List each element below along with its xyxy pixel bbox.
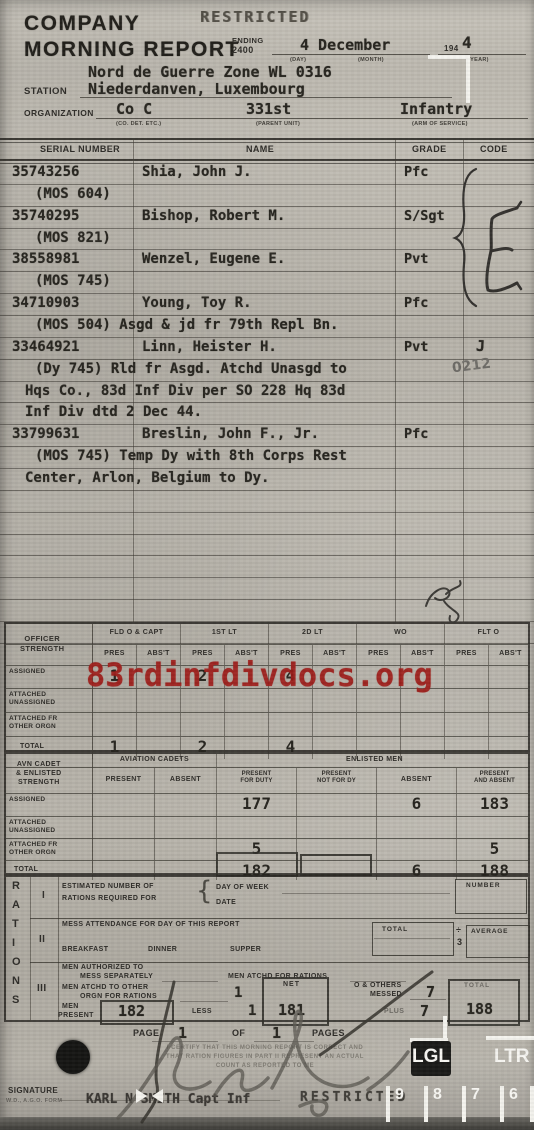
station-line2: Niederdanven, Luxembourg <box>88 80 305 98</box>
ltr-mark-line <box>486 1036 534 1040</box>
roster-row: (MOS 604) <box>0 185 534 207</box>
scale-ltr-label: LTR <box>494 1046 530 1068</box>
rations-letter: N <box>12 975 20 987</box>
roster-row: 33464921Linn, Heister H.PvtJ <box>0 338 534 360</box>
org-arm-sublabel: (ARM OF SERVICE) <box>412 121 468 127</box>
page-label: PAGE <box>133 1028 159 1038</box>
officer-empty-cells <box>92 713 532 736</box>
breakfast-label: BREAKFAST <box>62 946 108 954</box>
subhead-abst: ABS'T <box>488 645 532 665</box>
grade: Pfc <box>404 295 428 311</box>
mess-attendance-label: MESS ATTENDANCE FOR DAY OF THIS REPORT <box>62 921 240 929</box>
group-flt-o: FLT O <box>444 624 532 644</box>
group-wo: WO <box>356 624 444 644</box>
date-label: DATE <box>216 899 236 907</box>
signature-label: SIGNATURE <box>8 1086 58 1095</box>
rations-letter: I <box>12 937 15 949</box>
ruler-number-9: 9 <box>395 1086 404 1104</box>
men-authorized-label: MEN AUTHORIZED TO <box>62 964 143 972</box>
roster-row: 35743256Shia, John J.Pfc <box>0 163 534 185</box>
org-parent-sublabel: (PARENT UNIT) <box>256 121 300 127</box>
rations-numeral-1: I <box>42 890 45 901</box>
subhead-cadet-present: PRESENT <box>92 768 154 793</box>
roster-row: 34710903Young, Toy R.Pfc <box>0 294 534 316</box>
enlisted-subheaders: PRESENT ABSENT PRESENT FOR DUTY PRESENT … <box>92 768 532 793</box>
roster-empty-row <box>0 578 534 600</box>
hole-punch-dot <box>56 1040 90 1074</box>
roster-empty-row <box>0 535 534 557</box>
enlisted-empty-cells <box>92 817 532 838</box>
remarks-note: Center, Arlon, Belgium to Dy. <box>25 470 269 486</box>
subhead-pres: PRES <box>444 645 488 665</box>
mos-note: (MOS 745) <box>35 273 111 289</box>
roster-top-rule-inner <box>0 142 534 143</box>
organization-label: ORGANIZATION <box>24 108 94 118</box>
restricted-stamp-bottom: RESTRICTED <box>300 1090 408 1105</box>
ending-label: ENDING <box>232 36 264 45</box>
mos-note: (MOS 604) <box>35 186 111 202</box>
row-label-attached-unassigned: ATTACHED UNASSIGNED <box>9 691 55 707</box>
row-label-total: TOTAL <box>20 743 44 751</box>
hand-box-total-notforduty <box>300 854 372 876</box>
roster-header-serial: SERIAL NUMBER <box>40 144 120 154</box>
code-letter: J <box>476 337 486 355</box>
certification-text: I CERTIFY THAT THIS MORNING REPORT IS CO… <box>110 1044 420 1071</box>
o-and-others-label: O & OTHERS <box>354 982 402 990</box>
men-atchd-other-label1: MEN ATCHD TO OTHER <box>62 984 148 992</box>
men-present-value: 182 <box>118 1002 145 1020</box>
enlisted-value: 183 <box>456 794 532 816</box>
month-sublabel: (MONTH) <box>358 57 384 63</box>
form-reference: W.D., A.G.O. FORM <box>6 1098 62 1104</box>
roster-empty-row <box>0 491 534 513</box>
rations-row1-divider <box>30 918 530 919</box>
others-messed-value: 7 <box>426 983 435 1001</box>
roster-row: Hqs Co., 83d Inf Div per SO 228 Hq 83d <box>0 382 534 404</box>
report-date-value: 4 December <box>300 36 390 54</box>
mess-total-box-label: TOTAL <box>382 926 408 933</box>
ruler-tick <box>424 1086 428 1122</box>
messed-label: MESSED <box>370 991 402 999</box>
enlisted-value: 5 <box>456 839 532 860</box>
rations-numeral-2: II <box>39 934 45 945</box>
roster-row: (MOS 745) <box>0 272 534 294</box>
restricted-stamp-top: RESTRICTED <box>200 8 310 26</box>
ruler-tick <box>462 1086 466 1122</box>
mess-total-inner-line <box>374 938 450 939</box>
remarks-note: (MOS 745) Temp Dy with 8th Corps Rest <box>35 448 347 464</box>
officer-group-headers: FLD O & CAPT 1ST LT 2D LT WO FLT O <box>92 624 532 644</box>
org-parent-unit: 331st <box>246 100 291 118</box>
org-arm-of-service: Infantry <box>400 100 472 118</box>
row-label-total: TOTAL <box>14 866 38 874</box>
rations-numeral-divider <box>58 875 59 1022</box>
roster-top-rule-outer <box>0 138 534 140</box>
crop-mark-top-vertical <box>466 55 470 103</box>
remarks-note: Inf Div dtd 2 Dec 44. <box>25 404 202 420</box>
serial-number: 35743256 <box>12 164 79 180</box>
year-prefix: 194 <box>444 44 459 53</box>
roster-row: (MOS 745) Temp Dy with 8th Corps Rest <box>0 447 534 469</box>
enlisted-value: 6 <box>376 794 456 816</box>
rations-estimated-label1: ESTIMATED NUMBER OF <box>62 883 154 891</box>
scale-lgl-label: LGL <box>412 1046 450 1068</box>
enlisted-value: 177 <box>216 794 296 816</box>
group-fld-o-capt: FLD O & CAPT <box>92 624 180 644</box>
officer-attached-fr-row: ATTACHED FR OTHER ORGN <box>6 712 528 736</box>
roster-header-name: NAME <box>246 144 274 154</box>
roster-empty-row <box>0 556 534 578</box>
rations-row2-divider <box>30 962 530 963</box>
enlisted-value <box>376 839 456 860</box>
group-enlisted-men: ENLISTED MEN <box>216 754 532 767</box>
ruler-tick <box>500 1086 504 1122</box>
roster-header-rule-outer <box>0 159 534 161</box>
roster-row: Center, Arlon, Belgium to Dy. <box>0 469 534 491</box>
remarks-note: (Dy 745) Rld fr Asgd. Atchd Unasgd to <box>35 361 347 377</box>
remarks-note: Hqs Co., 83d Inf Div per SO 228 Hq 83d <box>25 383 345 399</box>
divide-three: 3 <box>457 937 462 947</box>
men-atchd-other-line <box>180 1001 228 1002</box>
pages-number-line <box>254 1041 314 1042</box>
org-unit: Co C <box>116 100 152 118</box>
enlisted-group-header-row: AVIATION CADETS ENLISTED MEN <box>6 754 528 767</box>
pages-number: 1 <box>272 1024 281 1042</box>
serial-number: 38558981 <box>12 251 79 267</box>
soldier-name: Bishop, Robert M. <box>142 208 285 224</box>
officer-value <box>444 666 488 688</box>
roster-empty-row <box>0 513 534 535</box>
roster-header-code: CODE <box>480 144 508 154</box>
soldier-name: Young, Toy R. <box>142 295 252 311</box>
station-label: STATION <box>24 86 67 97</box>
grade: S/Sgt <box>404 208 445 224</box>
roster-row: (MOS 504) Asgd & jd fr 79th Repl Bn. <box>0 316 534 338</box>
ruler-number-7: 7 <box>471 1086 480 1104</box>
ruler-number-8: 8 <box>433 1086 442 1104</box>
rations-letter: A <box>12 899 20 911</box>
average-box-label: AVERAGE <box>471 928 508 935</box>
brace-glyph: { <box>196 876 213 906</box>
pages-label: PAGES <box>312 1028 345 1038</box>
row-label-assigned: ASSIGNED <box>9 796 45 804</box>
row-label-assigned: ASSIGNED <box>9 668 45 676</box>
less-value: 1 <box>248 1003 256 1019</box>
roster-row: Inf Div dtd 2 Dec 44. <box>0 403 534 425</box>
mos-note: (MOS 821) <box>35 230 111 246</box>
crop-mark-top-horizontal <box>428 55 470 59</box>
enlisted-value <box>92 839 154 860</box>
net-box-label: NET <box>283 981 300 988</box>
station-underline <box>80 97 452 98</box>
subhead-absent: ABSENT <box>376 768 456 793</box>
number-box-label: NUMBER <box>466 882 501 889</box>
day-of-week-label: DAY OF WEEK <box>216 884 269 892</box>
grade: Pvt <box>404 251 428 267</box>
dinner-label: DINNER <box>148 946 177 954</box>
enlisted-subheader-row: PRESENT ABSENT PRESENT FOR DUTY PRESENT … <box>6 767 528 793</box>
officer-group-header-row: FLD O & CAPT 1ST LT 2D LT WO FLT O <box>6 624 528 644</box>
roster-header-grade: GRADE <box>412 144 447 154</box>
signed-name-typed: KARL N SMITH Capt Inf <box>86 1092 250 1107</box>
divide-sign: ÷ <box>456 925 461 935</box>
men-atchd-other-value: 1 <box>234 985 242 1001</box>
enlisted-value <box>296 794 376 816</box>
enlisted-attached-unassigned-row: ATTACHED UNASSIGNED <box>6 816 528 838</box>
roster-table: 35743256Shia, John J.Pfc (MOS 604) 35740… <box>0 163 534 644</box>
grade: Pfc <box>404 164 428 180</box>
soldier-name: Wenzel, Eugene E. <box>142 251 285 267</box>
grade: Pfc <box>404 426 428 442</box>
grade: Pvt <box>404 339 428 355</box>
ruler-tick-edge <box>530 1086 534 1122</box>
supper-label: SUPPER <box>230 946 261 954</box>
less-label: LESS <box>192 1008 212 1016</box>
enlisted-assigned-values: 177 6 183 <box>92 794 532 816</box>
form-title-line1: COMPANY <box>24 12 140 36</box>
net-value: 181 <box>278 1001 305 1019</box>
subhead-present-for-duty: PRESENT FOR DUTY <box>216 768 296 793</box>
rations-numeral-3: III <box>37 983 47 994</box>
enlisted-group-headers: AVIATION CADETS ENLISTED MEN <box>92 754 532 767</box>
enlisted-value <box>154 839 216 860</box>
soldier-name: Linn, Heister H. <box>142 339 277 355</box>
station-line1: Nord de Guerre Zone WL 0316 <box>88 63 332 81</box>
men-label: MEN <box>62 1003 79 1011</box>
rations-letter: R <box>12 880 20 892</box>
date-underline <box>272 54 430 55</box>
ruler-tick <box>386 1086 390 1122</box>
serial-number: 33464921 <box>12 339 79 355</box>
roster-row: 33799631Breslin, John F., Jr.Pfc <box>0 425 534 447</box>
soldier-name: Shia, John J. <box>142 164 252 180</box>
row-label-attached-fr: ATTACHED FR OTHER ORGN <box>9 715 58 731</box>
enlisted-value <box>154 794 216 816</box>
organization-underline <box>96 118 528 119</box>
plus-value: 7 <box>420 1002 429 1020</box>
roster-row: (Dy 745) Rld fr Asgd. Atchd Unasgd to021… <box>0 360 534 382</box>
morning-report-scan: RESTRICTED COMPANY MORNING REPORT ENDING… <box>0 0 534 1130</box>
roster-empty-row <box>0 600 534 622</box>
year-value: 4 <box>462 33 472 52</box>
rations-letter: S <box>12 994 20 1006</box>
certify-line1: I CERTIFY THAT THIS MORNING REPORT IS CO… <box>110 1044 420 1053</box>
remarks-note: (MOS 504) Asgd & jd fr 79th Repl Bn. <box>35 317 338 333</box>
page-number: 1 <box>178 1024 187 1042</box>
org-unit-sublabel: (CO. DET. ETC.) <box>116 121 161 127</box>
mess-separately-label: MESS SEPARATELY <box>80 973 153 981</box>
page-number-line <box>152 1041 218 1042</box>
subhead-cadet-absent: ABSENT <box>154 768 216 793</box>
subhead-present-not-for-dy: PRESENT NOT FOR DY <box>296 768 376 793</box>
soldier-name: Breslin, John F., Jr. <box>142 426 319 442</box>
roster-row: 35740295Bishop, Robert M.S/Sgt <box>0 207 534 229</box>
serial-number: 35740295 <box>12 208 79 224</box>
certify-line3: COUNT AS REPORTED TO ME <box>110 1062 420 1071</box>
photo-bottom-edge <box>0 1117 534 1130</box>
rations-letter: T <box>12 918 19 930</box>
mess-separately-line <box>162 981 218 982</box>
certify-line2: THAT RATION FIGURES IN PART II REPRESENT… <box>110 1053 420 1062</box>
form-title-line2: MORNING REPORT <box>24 38 240 62</box>
of-label: OF <box>232 1028 245 1038</box>
officer-value <box>488 666 532 688</box>
subhead-present-and-absent: PRESENT AND ABSENT <box>456 768 532 793</box>
year-sublabel: (YEAR) <box>468 57 489 63</box>
rations-letter: O <box>12 956 21 968</box>
roster-row: 38558981Wenzel, Eugene E.Pvt <box>0 250 534 272</box>
row-label-attached-unassigned: ATTACHED UNASSIGNED <box>9 819 55 835</box>
registration-mark-right-triangle <box>152 1089 163 1103</box>
group-2d-lt: 2D LT <box>268 624 356 644</box>
registration-mark-left-triangle <box>136 1089 147 1103</box>
rations-total-value: 188 <box>466 1000 493 1018</box>
present-label: PRESENT <box>58 1012 94 1020</box>
watermark-text: 83rdinfdivdocs.org <box>86 656 433 694</box>
serial-number: 34710903 <box>12 295 79 311</box>
rations-letter-divider <box>30 875 31 1022</box>
rations-estimated-label2: RATIONS REQUIRED FOR <box>62 895 157 903</box>
serial-number: 33799631 <box>12 426 79 442</box>
group-aviation-cadets: AVIATION CADETS <box>92 754 216 767</box>
group-1st-lt: 1ST LT <box>180 624 268 644</box>
rations-total-box-label: TOTAL <box>464 982 490 989</box>
row-label-attached-fr: ATTACHED FR OTHER ORGN <box>9 841 58 857</box>
plus-label: PLUS <box>384 1008 404 1016</box>
ending-time: 2400 <box>232 45 254 55</box>
hand-box-total-present <box>216 852 298 877</box>
enlisted-assigned-row: ASSIGNED 177 6 183 <box>6 793 528 816</box>
ruler-number-6: 6 <box>509 1086 518 1104</box>
day-of-week-line <box>282 893 450 894</box>
enlisted-value <box>92 794 154 816</box>
roster-row: (MOS 821) <box>0 229 534 251</box>
